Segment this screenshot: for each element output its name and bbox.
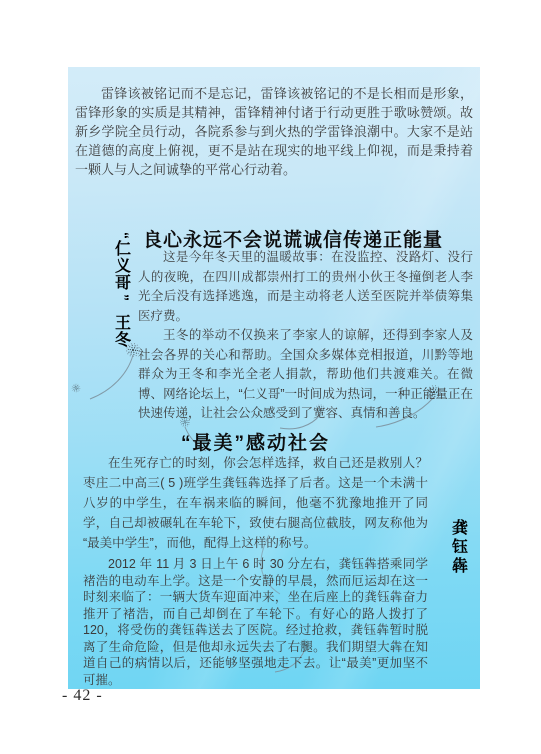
section1-body: 这是今年冬天里的温暖故事：在没监控、没路灯、没行人的夜晚，在四川成都崇州打工的贵…: [138, 248, 473, 424]
paragraph: 王冬的举动不仅换来了李家人的谅解，还得到李家人及社会各界的关心和帮助。全国众多媒…: [138, 326, 473, 424]
page: 雷锋该被铭记而不是忘记，雷锋该被铭记的不是长相而是形象，雷锋形象的实质是其精神，…: [68, 67, 480, 689]
paragraph: 在生死存亡的时刻，你会怎样选择，救自己还是救别人？枣庄二中高三( 5 )班学生龚…: [83, 453, 428, 553]
section1-side-label: “ 仁 义 哥 ” 王 冬: [110, 230, 136, 349]
side-label-char: 仁: [115, 241, 131, 258]
side-label-char: 龚: [452, 519, 468, 538]
side-label-char: 犇: [452, 557, 468, 576]
side-label-char: 钰: [452, 538, 468, 557]
paragraph: 这是今年冬天里的温暖故事：在没监控、没路灯、没行人的夜晚，在四川成都崇州打工的贵…: [138, 248, 473, 326]
side-label-char: 哥: [115, 275, 131, 292]
side-label-char: 义: [115, 258, 131, 275]
vertical-close-quote: ”: [118, 294, 129, 301]
vertical-open-quote: “: [118, 232, 129, 239]
page-number: - 42 -: [62, 687, 103, 705]
section2-body: 在生死存亡的时刻，你会怎样选择，救自己还是救别人？枣庄二中高三( 5 )班学生龚…: [83, 453, 428, 688]
side-label-char: 王: [115, 315, 131, 332]
section2-title: “最美”感动社会: [83, 428, 428, 455]
intro-paragraph: 雷锋该被铭记而不是忘记，雷锋该被铭记的不是长相而是形象，雷锋形象的实质是其精神，…: [75, 84, 473, 179]
paragraph: 2012 年 11 月 3 日上午 6 时 30 分左右，龚钰犇搭乘同学褚浩的电…: [83, 556, 428, 688]
side-label-char: 冬: [115, 332, 131, 349]
scanned-page-background: 雷锋该被铭记而不是忘记，雷锋该被铭记的不是长相而是形象，雷锋形象的实质是其精神，…: [0, 0, 541, 754]
section2-side-label: 龚 钰 犇: [448, 519, 472, 576]
